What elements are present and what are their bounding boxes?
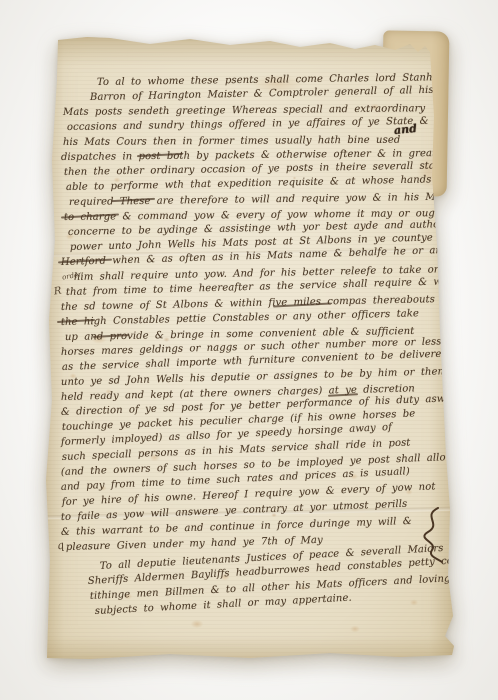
flourish-bracket-icon bbox=[407, 506, 449, 564]
handwritten-text-block: To al to whome these psents shall come C… bbox=[61, 75, 446, 619]
ink-blot-word: and bbox=[393, 122, 417, 137]
paper-sheet: To al to whome these psents shall come C… bbox=[42, 36, 457, 662]
photo-background: To al to whome these psents shall come C… bbox=[0, 0, 498, 700]
marginal-mark: R bbox=[53, 286, 62, 298]
manuscript-document: To al to whome these psents shall come C… bbox=[42, 36, 457, 662]
